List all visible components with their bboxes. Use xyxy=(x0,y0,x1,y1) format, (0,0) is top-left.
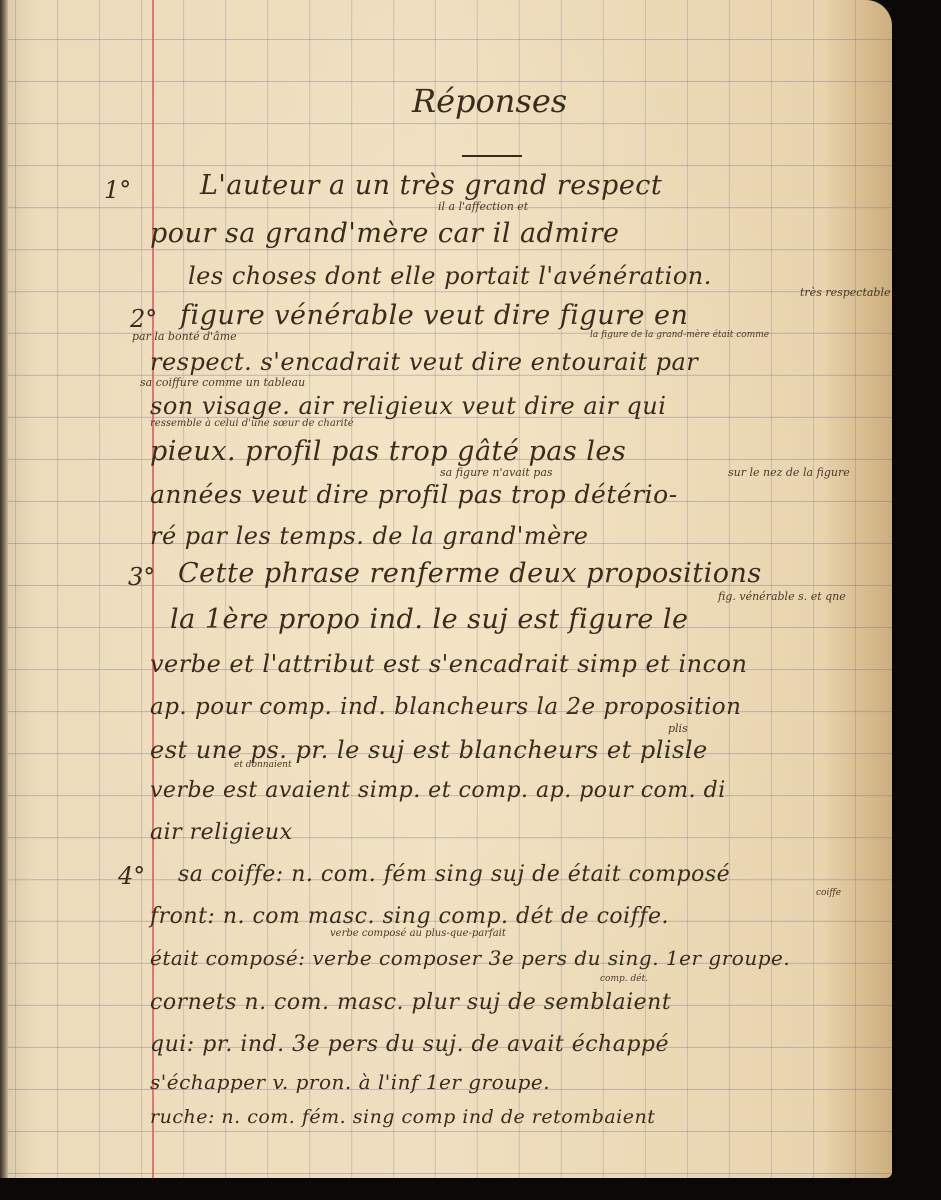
answer-2-annotation: par la bonté d'âme xyxy=(132,330,237,343)
answer-2-line: respect. s'encadrait veut dire entourait… xyxy=(150,348,698,376)
answer-4-line: était composé: verbe composer 3e pers du… xyxy=(150,946,790,970)
answer-2-line: son visage. air religieux veut dire air … xyxy=(150,392,666,420)
answer-4-line: front: n. com masc. sing comp. dét de co… xyxy=(150,904,669,929)
answer-2-annotation: sur le nez de la figure xyxy=(728,466,850,479)
answer-2-annotation: très respectable xyxy=(800,286,891,299)
answer-4-annotation: coiffe xyxy=(816,888,841,898)
answer-3-line: verbe est avaient simp. et comp. ap. pou… xyxy=(150,778,726,803)
answer-3-line: la 1ère propo ind. le suj est figure le xyxy=(170,604,689,635)
title-underline xyxy=(462,155,522,157)
answer-2-annotation: la figure de la grand-mère était comme xyxy=(590,330,769,340)
answer-3-annotation: et donnaient xyxy=(234,760,292,770)
answer-3-line: ap. pour comp. ind. blancheurs la 2e pro… xyxy=(150,694,741,720)
answer-2-line: ré par les temps. de la grand'mère xyxy=(150,522,588,550)
answer-2-line: figure vénérable veut dire figure en xyxy=(180,300,688,331)
answer-1-line: L'auteur a un très grand respect xyxy=(200,170,662,201)
answer-3-annotation: fig. vénérable s. et qne xyxy=(718,590,846,603)
page-stain xyxy=(822,0,892,1178)
answer-2-annotation: sa coiffure comme un tableau xyxy=(140,376,305,389)
page-title: Réponses xyxy=(412,82,567,120)
answer-3-line: air religieux xyxy=(150,820,293,845)
answer-3-line: Cette phrase renferme deux propositions xyxy=(178,558,762,589)
answer-1-line: pour sa grand'mère car il admire xyxy=(150,218,619,249)
answer-4-line: qui: pr. ind. 3e pers du suj. de avait é… xyxy=(150,1032,669,1057)
answer-2-annotation: ressemble à celui d'une sœur de charité xyxy=(150,418,354,429)
answer-4-line: s'échapper v. pron. à l'inf 1er groupe. xyxy=(150,1070,550,1094)
answer-2-line: années veut dire profil pas trop détério… xyxy=(150,480,678,509)
answer-4-annotation: comp. dét. xyxy=(600,974,648,984)
answer-1-line: les choses dont elle portait l'avénérati… xyxy=(188,262,712,290)
answer-3-number: 3° xyxy=(128,563,155,591)
answer-4-annotation: verbe composé au plus-que-parfait xyxy=(330,928,506,939)
answer-3-line: verbe et l'attribut est s'encadrait simp… xyxy=(150,650,747,678)
answer-4-line: ruche: n. com. fém. sing comp ind de ret… xyxy=(150,1106,655,1128)
answer-4-line: cornets n. com. masc. plur suj de sembla… xyxy=(150,990,671,1015)
answer-4-line: sa coiffe: n. com. fém sing suj de était… xyxy=(178,862,730,887)
answer-2-annotation: sa figure n'avait pas xyxy=(440,466,553,479)
answer-1-annotation: il a l'affection et xyxy=(438,200,528,213)
answer-1-number: 1° xyxy=(104,176,131,204)
notebook-page: Réponses 1° L'auteur a un très grand res… xyxy=(0,0,892,1178)
page-binding xyxy=(0,0,8,1178)
answer-2-number: 2° xyxy=(130,305,157,333)
answer-3-annotation: plis xyxy=(668,722,688,735)
answer-4-number: 4° xyxy=(118,862,145,890)
answer-2-line: pieux. profil pas trop gâté pas les xyxy=(150,436,626,467)
